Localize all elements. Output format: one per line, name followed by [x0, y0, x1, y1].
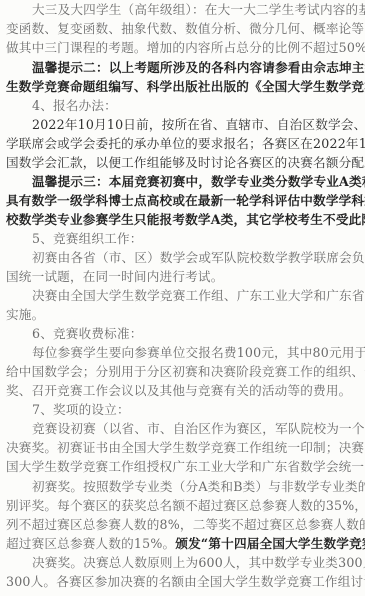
tip-two-line: 生数学竞赛命题组编写、科学出版社出版的《全国大学生数学竞赛参赛指南》。 — [6, 77, 360, 96]
registration-line: 2022年10月10日前，按所在省、直辖市、自治区数学会、军队院校数学教 — [32, 115, 360, 134]
preliminary-award-line: 列不超过赛区总参赛人数的8%，二等奖不超过赛区总参赛人数的12%，三等奖不 — [6, 515, 360, 534]
document-page: 大三及大四学生（高年级组）：在大一大二学生考试内容的基础上，增加实 变函数、复变… — [0, 0, 365, 596]
organization-line: 实施。 — [6, 305, 360, 324]
certificate-notice: 颁发“第十四届全国大学生数学竞赛*等奖”证书。 — [175, 536, 365, 551]
preliminary-award-line: 超过赛区总参赛人数的15%。颁发“第十四届全国大学生数学竞赛*等奖”证书。 — [6, 534, 360, 553]
registration-line: 国数学会汇款，以便工作组能够及时讨论各赛区的决赛名额分配。 — [6, 153, 360, 172]
final-award-line: 决赛奖。决赛总人数原则上为600人，其中数学专业类300人，非数学专业类 — [32, 553, 360, 572]
organization-line: 决赛由全国大学生数学竞赛工作组、广东工业大学和广东省数学会负责组织 — [32, 286, 360, 305]
section-heading-awards: 7、奖项的设立： — [32, 400, 360, 419]
fees-line: 每位参赛学生要向参赛单位交报名费100元，其中80元用于分赛区，20元交 — [32, 343, 360, 362]
section-heading-fees: 6、竞赛收费标准： — [32, 324, 360, 343]
awards-line: 竞赛设初赛（以省、市、自治区作为赛区，军队院校为一个独立赛区）奖与 — [32, 419, 360, 438]
fees-line: 奖、召开竞赛工作会议以及其他与竞赛有关的活动等的费用。 — [6, 381, 360, 400]
paragraph-senior-line: 大三及大四学生（高年级组）：在大一大二学生考试内容的基础上，增加实 — [32, 0, 360, 19]
awards-line: 决赛奖。初赛证书由全国大学生数学竞赛工作组统一印制；决赛的获奖证书由全 — [6, 438, 360, 457]
final-award-line: 300人。各赛区参加决赛的名额由全国大学生数学竞赛工作组讨论确定。各赛区 — [6, 572, 360, 591]
tip-three-line: 具有数学一级学科博士点高校或在最新一轮学科评估中数学学科排名B-以上高 — [6, 191, 360, 210]
organization-line: 国统一试题，在同一时间内进行考试。 — [6, 267, 360, 286]
award-ratio-text: 超过赛区总参赛人数的15%。 — [6, 536, 175, 551]
paragraph-line: 变函数、复变函数、抽象代数、数值分析、微分几何、概率论等内容，由考生选 — [6, 19, 360, 38]
tip-three-line: 校数学类专业参赛学生只能报考数学A类，其它学校考生不受此限制。 — [6, 210, 360, 229]
awards-line: 国大学生数学竞赛工作组授权广东工业大学和广东省数学会统一印制。 — [6, 457, 360, 476]
registration-line: 学联席会或学会委托的承办单位的要求报名；各赛区在2022年10月24日前向中 — [6, 134, 360, 153]
tip-two-line: 温馨提示二：以上考题所涉及的各科内容请参看由佘志坤主编、全国大学 — [32, 58, 360, 77]
fees-line: 给中国数学会；分别用于分区初赛和决赛阶段竞赛工作的组织、命题、评奖、颁 — [6, 362, 360, 381]
organization-line: 初赛由各省（市、区）数学会或军队院校数学教学联席会负责组织，使用全 — [32, 248, 360, 267]
preliminary-award-line: 初赛奖。按照数学专业类（分A类和B类）与非数学专业类的实际参赛人数分 — [32, 477, 360, 496]
paragraph-line: 做其中三门课程的考题。增加的内容所占总分的比例不超过50%。 — [6, 38, 360, 57]
section-heading-organization: 5、竞赛组织工作： — [32, 229, 360, 248]
section-heading-registration: 4、报名办法： — [32, 96, 360, 115]
preliminary-award-line: 别评奖。每个赛区的获奖总名额不超过赛区总参赛人数的35%，其中一等奖的比 — [6, 496, 360, 515]
tip-three-line: 温馨提示三：本届竞赛初赛中，数学专业类分数学专业A类和数学专业B类。 — [32, 172, 360, 191]
